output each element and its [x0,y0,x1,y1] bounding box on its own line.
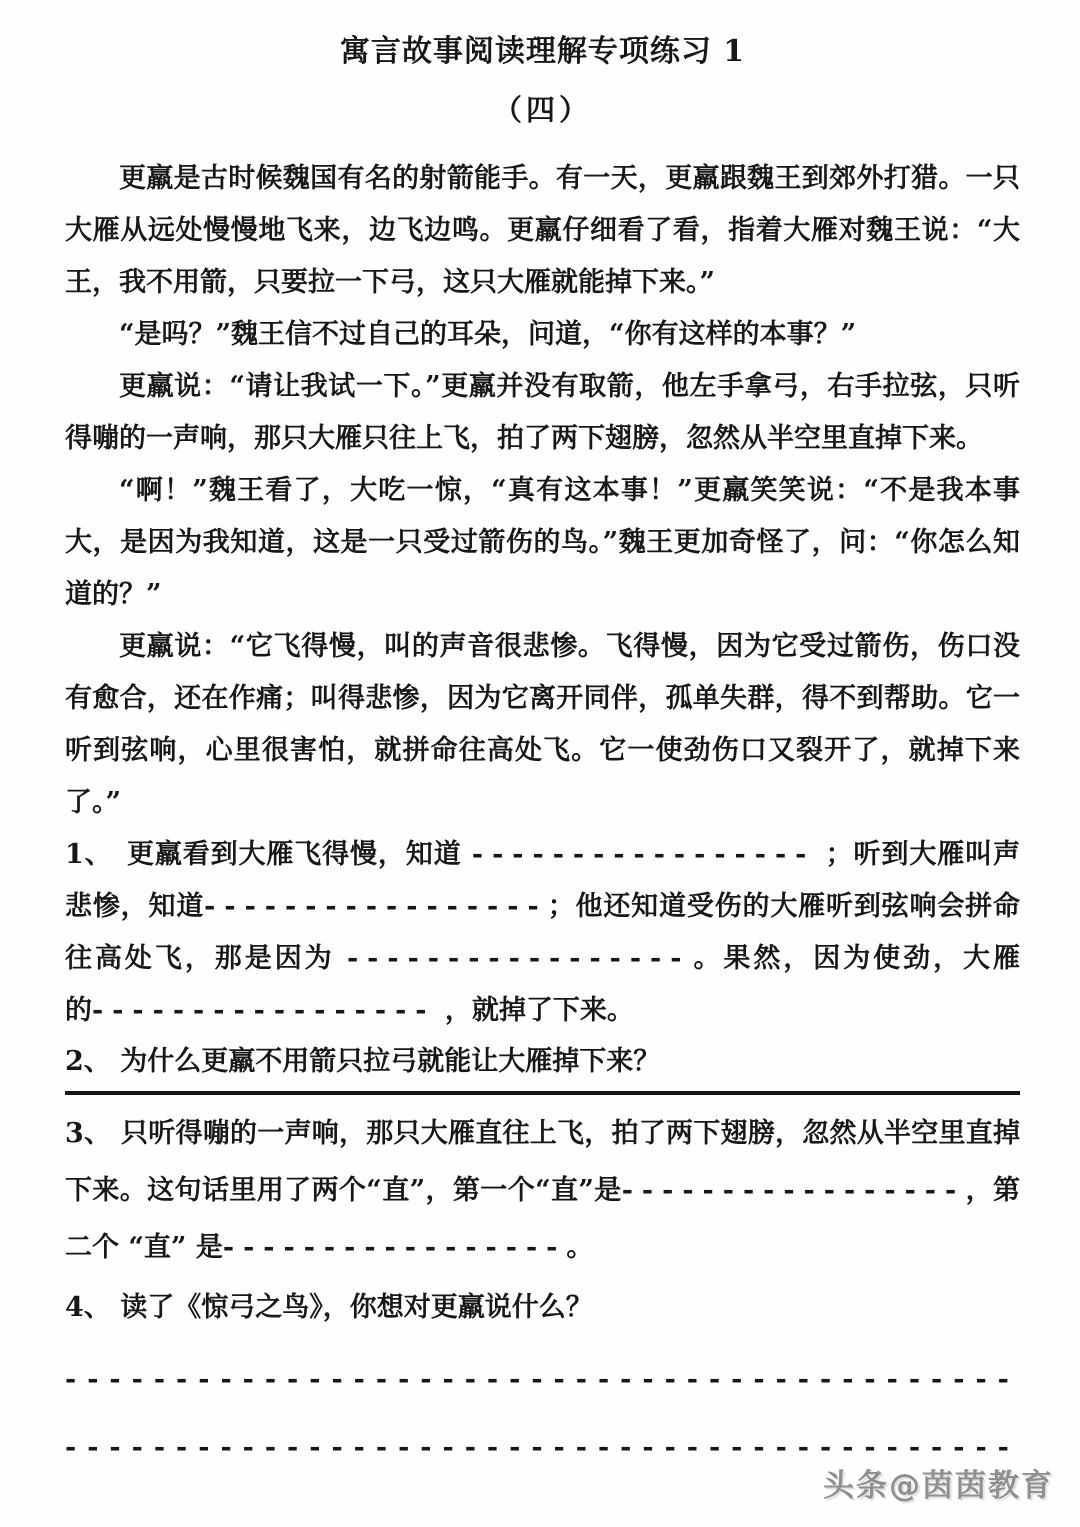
question-2: 2、 为什么更羸不用箭只拉弓就能让大雁掉下来？ [65,1039,1020,1085]
section-heading: （四） [65,88,1020,129]
question-2-text: 为什么更羸不用箭只拉弓就能让大雁掉下来？ [111,1046,660,1077]
story-paragraph-5: 更羸说：“它飞得慢，叫的声音很悲惨。飞得慢，因为它受过箭伤，伤口没有愈合，还在作… [65,621,1020,829]
question-4: 4、 读了《惊弓之鸟》，你想对更羸说什么？ [65,1282,1020,1334]
page-title: 寓言故事阅读理解专项练习 1 [65,26,1020,70]
watermark: 头条@茵茵教育 [823,1460,1054,1505]
question-1: 1、 更羸看到大雁飞得慢，知道 ----------------- ；听到大雁叫… [65,829,1020,1037]
answer-line-1: ----------------------------------------… [65,1358,1020,1402]
question-1-text: ，就掉了下来。 [436,995,634,1026]
story-paragraph-1: 更羸是古时候魏国有名的射箭能手。有一天，更羸跟魏王到郊外打猎。一只大雁从远处慢慢… [65,153,1020,309]
fill-in-blank: ----------------- [92,995,436,1026]
question-1-number: 1、 [65,839,99,870]
fill-in-blank: ----------------- [472,839,816,870]
question-2-number: 2、 [65,1046,111,1077]
divider-rule [65,1091,1020,1095]
fill-in-blank: ----------------- [622,1175,966,1206]
fill-in-blank: ----------------- [204,891,548,922]
fill-in-blank: ----------------- [223,1232,567,1263]
question-3-text: 。 [566,1232,593,1263]
question-3-number: 3、 [65,1118,111,1149]
question-3: 3、 只听得嘣的一声响，那只大雁直往上飞，拍了两下翅膀，忽然从半空里直掉下来。这… [65,1105,1020,1276]
story-text: 更羸是古时候魏国有名的射箭能手。有一天，更羸跟魏王到郊外打猎。一只大雁从远处慢慢… [65,153,1020,829]
story-paragraph-3: 更羸说：“请让我试一下。”更羸并没有取箭，他左手拿弓，右手拉弦，只听得嘣的一声响… [65,361,1020,465]
story-paragraph-4: “啊！”魏王看了，大吃一惊，“真有这本事！”更羸笑笑说：“不是我本事大，是因为我… [65,465,1020,621]
questions-section: 1、 更羸看到大雁飞得慢，知道 ----------------- ；听到大雁叫… [65,829,1020,1470]
story-paragraph-2: “是吗？”魏王信不过自己的耳朵，问道，“你有这样的本事？” [65,309,1020,361]
question-4-number: 4、 [65,1292,111,1323]
question-4-text: 读了《惊弓之鸟》，你想对更羸说什么？ [111,1292,593,1323]
fill-in-blank: ----------------- [347,943,691,974]
question-1-text: 更羸看到大雁飞得慢，知道 [99,839,472,870]
worksheet-page: 寓言故事阅读理解专项练习 1 （四） 更羸是古时候魏国有名的射箭能手。有一天，更… [0,0,1080,1527]
